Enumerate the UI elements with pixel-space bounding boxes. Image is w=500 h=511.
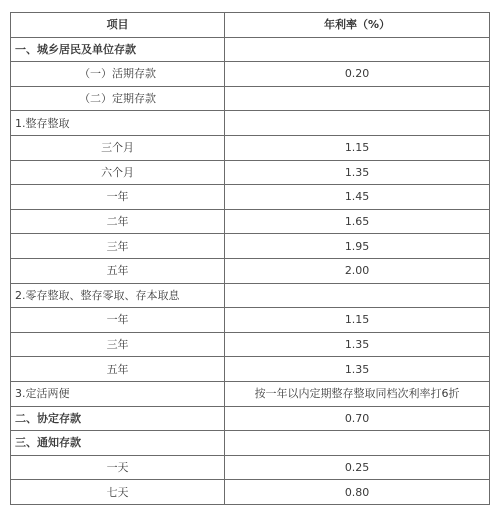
item-cell: 三年 — [11, 332, 225, 357]
item-cell: 二、协定存款 — [11, 406, 225, 431]
rate-cell: 1.35 — [225, 357, 490, 382]
table-row: 三、通知存款 — [11, 431, 490, 456]
item-cell: 三、通知存款 — [11, 431, 225, 456]
rate-cell: 0.70 — [225, 406, 490, 431]
table-row: 三年1.35 — [11, 332, 490, 357]
table-row: 三个月1.15 — [11, 135, 490, 160]
table-row: 一天0.25 — [11, 455, 490, 480]
table-row: 3.定活两便按一年以内定期整存整取同档次利率打6折 — [11, 381, 490, 406]
table-row: 一年1.15 — [11, 308, 490, 333]
table-row: 七天0.80 — [11, 480, 490, 505]
item-cell: 一年 — [11, 185, 225, 210]
table-body: 一、城乡居民及单位存款 （一）活期存款0.20 （二）定期存款 1.整存整取 三… — [11, 37, 490, 504]
rate-cell — [225, 431, 490, 456]
rate-cell: 0.80 — [225, 480, 490, 505]
item-cell: 一天 — [11, 455, 225, 480]
item-cell: （二）定期存款 — [11, 86, 225, 111]
rate-cell: 1.65 — [225, 209, 490, 234]
table-row: 一、城乡居民及单位存款 — [11, 37, 490, 62]
item-cell: 2.零存整取、整存零取、存本取息 — [11, 283, 225, 308]
item-cell: （一）活期存款 — [11, 62, 225, 87]
item-cell: 一年 — [11, 308, 225, 333]
rate-cell: 1.35 — [225, 160, 490, 185]
table-row: 一年1.45 — [11, 185, 490, 210]
item-cell: 三年 — [11, 234, 225, 259]
rate-cell: 1.15 — [225, 135, 490, 160]
header-rate: 年利率（%） — [225, 13, 490, 38]
item-cell: 七天 — [11, 480, 225, 505]
rate-cell: 1.95 — [225, 234, 490, 259]
interest-rate-table: 项目 年利率（%） 一、城乡居民及单位存款 （一）活期存款0.20 （二）定期存… — [10, 12, 490, 505]
rate-cell: 0.20 — [225, 62, 490, 87]
item-cell: 二年 — [11, 209, 225, 234]
rate-cell: 1.15 — [225, 308, 490, 333]
item-cell: 三个月 — [11, 135, 225, 160]
rate-cell — [225, 37, 490, 62]
item-cell: 3.定活两便 — [11, 381, 225, 406]
table-row: 三年1.95 — [11, 234, 490, 259]
table-row: 2.零存整取、整存零取、存本取息 — [11, 283, 490, 308]
item-cell: 六个月 — [11, 160, 225, 185]
item-cell: 一、城乡居民及单位存款 — [11, 37, 225, 62]
rate-cell — [225, 86, 490, 111]
rate-cell: 按一年以内定期整存整取同档次利率打6折 — [225, 381, 490, 406]
item-cell: 五年 — [11, 357, 225, 382]
rate-cell: 1.45 — [225, 185, 490, 210]
table-row: 1.整存整取 — [11, 111, 490, 136]
table-row: （二）定期存款 — [11, 86, 490, 111]
rate-cell: 1.35 — [225, 332, 490, 357]
rate-cell — [225, 283, 490, 308]
table-row: （一）活期存款0.20 — [11, 62, 490, 87]
item-cell: 五年 — [11, 258, 225, 283]
rate-cell: 0.25 — [225, 455, 490, 480]
rate-cell — [225, 111, 490, 136]
table-row: 六个月1.35 — [11, 160, 490, 185]
item-cell: 1.整存整取 — [11, 111, 225, 136]
table-row: 五年2.00 — [11, 258, 490, 283]
table-row: 二年1.65 — [11, 209, 490, 234]
table-row: 五年1.35 — [11, 357, 490, 382]
table-header-row: 项目 年利率（%） — [11, 13, 490, 38]
table-row: 二、协定存款0.70 — [11, 406, 490, 431]
header-item: 项目 — [11, 13, 225, 38]
rate-cell: 2.00 — [225, 258, 490, 283]
